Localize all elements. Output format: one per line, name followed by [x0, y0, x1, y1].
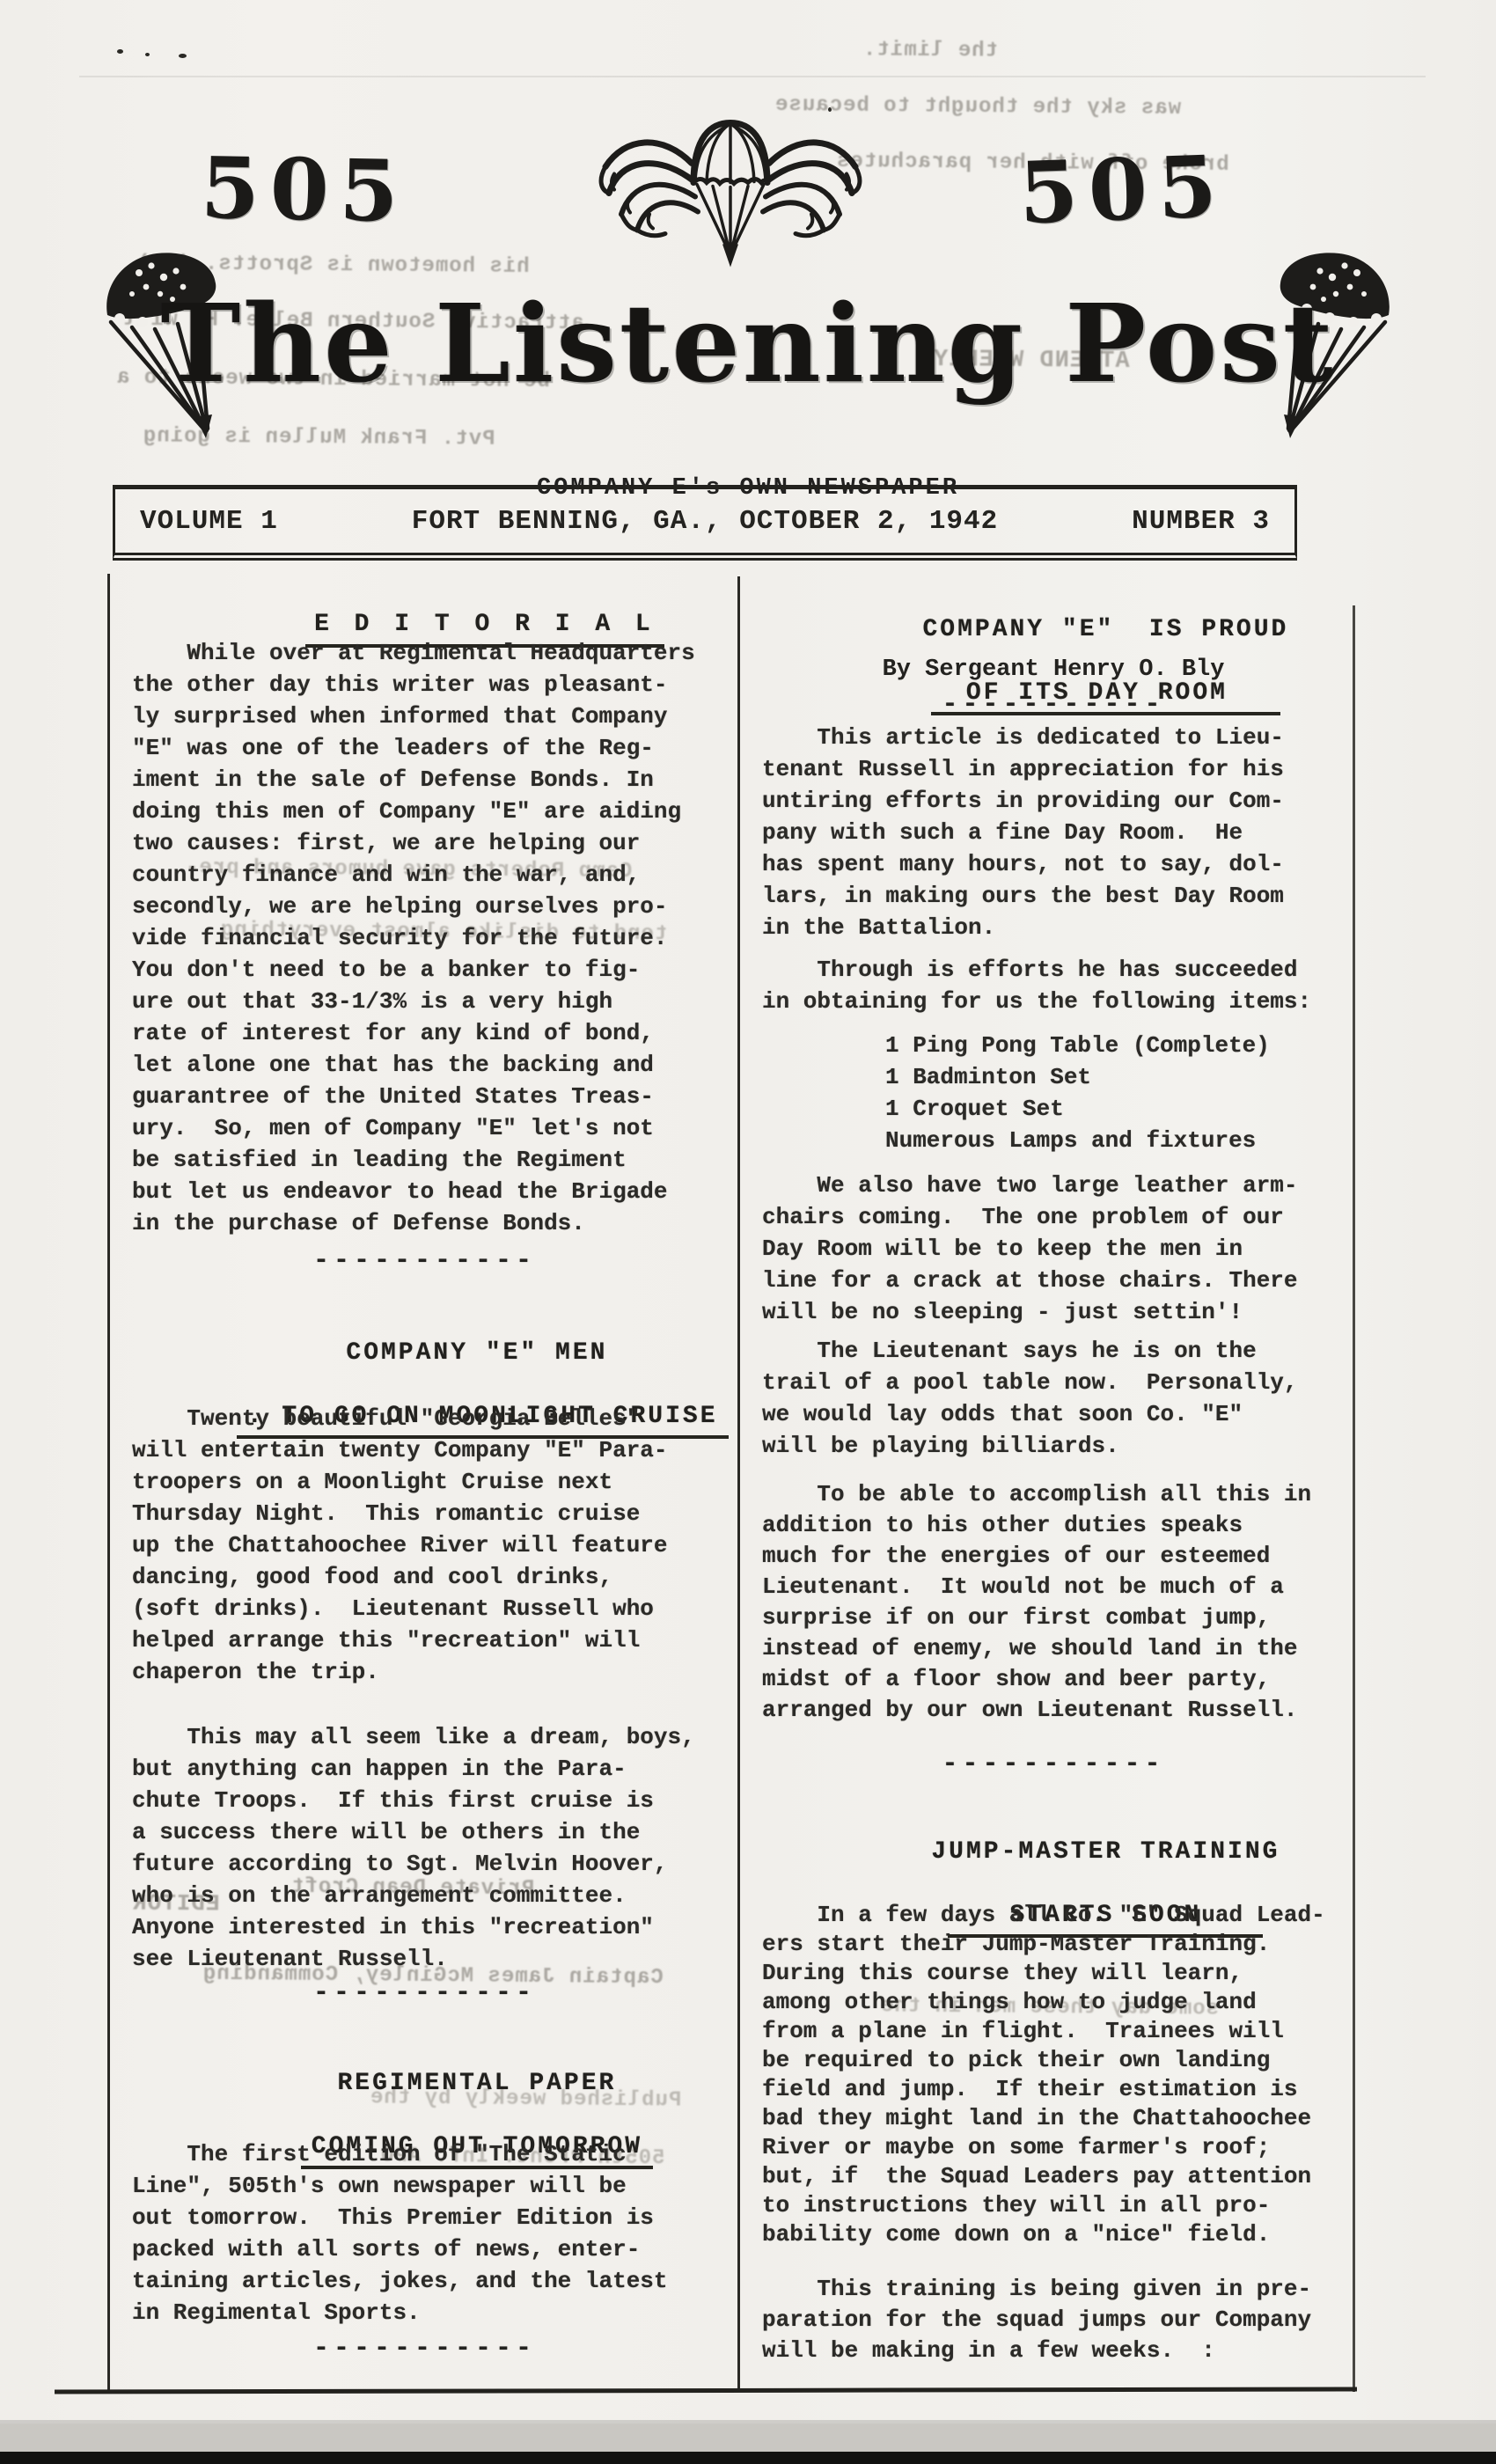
jumpmaster-para1: In a few days all Co. "E" Squad Lead- er… [762, 1901, 1345, 2249]
cruise-para1: Twenty beautiful "Georgia Belles" will e… [132, 1403, 717, 1688]
unit-number-right: 505 [1017, 144, 1228, 236]
editorial-body: While over at Regimental Headquarters th… [132, 637, 717, 1239]
section-divider: ----------- [132, 1246, 717, 1276]
scan-band-gray [0, 2424, 1496, 2452]
dayroom-para4: The Lieutenant says he is on the trail o… [762, 1335, 1345, 1462]
dayroom-para3: We also have two large leather arm- chai… [762, 1170, 1345, 1328]
scan-band-black [0, 2452, 1496, 2464]
byline-divider: ----------- [762, 690, 1345, 720]
section-divider: ----------- [132, 1978, 717, 2008]
section-divider: ----------- [762, 1749, 1345, 1779]
regimental-para: The first edition of "The Static Line", … [132, 2138, 717, 2328]
dayroom-byline: By Sergeant Henry O. Bly [762, 656, 1345, 683]
dayroom-para2: Through is efforts he has succeeded in o… [762, 954, 1345, 1017]
jumpmaster-para2: This training is being given in pre- par… [762, 2274, 1345, 2366]
body-right-border [1353, 605, 1355, 2392]
newspaper-title: The Listening Post [0, 287, 1496, 400]
section-divider: ----------- [132, 2334, 717, 2364]
dateline-volume: VOLUME 1 [140, 506, 278, 537]
list-item: Numerous Lamps and fixtures [885, 1125, 1345, 1156]
unit-number-left: 505 [200, 146, 409, 234]
scan-speck [179, 54, 187, 58]
dayroom-items-list: 1 Ping Pong Table (Complete) 1 Badminton… [762, 1030, 1345, 1156]
dayroom-para5: To be able to accomplish all this in add… [762, 1479, 1345, 1726]
dayroom-para1: This article is dedicated to Lieu- tenan… [762, 722, 1345, 943]
dateline-location-date: FORT BENNING, GA., OCTOBER 2, 1942 [412, 506, 999, 537]
bleedthrough-text: the limit. [862, 38, 998, 62]
paper-edge-line [79, 76, 1426, 77]
list-item: 1 Ping Pong Table (Complete) [885, 1030, 1345, 1061]
dateline-bar: VOLUME 1 FORT BENNING, GA., OCTOBER 2, 1… [113, 485, 1297, 561]
body-left-border [107, 574, 110, 2392]
parachutist-wings-icon [581, 111, 880, 276]
newspaper-page: the limit. was sky the thought to becaus… [0, 0, 1496, 2464]
body-bottom-rule [55, 2387, 1357, 2394]
list-item: 1 Badminton Set [885, 1061, 1345, 1093]
cruise-para2: This may all seem like a dream, boys, bu… [132, 1721, 717, 1975]
column-divider [737, 576, 740, 2392]
dateline-number: NUMBER 3 [1132, 506, 1270, 537]
scan-speck [117, 49, 123, 54]
scan-speck [145, 53, 150, 56]
list-item: 1 Croquet Set [885, 1093, 1345, 1125]
